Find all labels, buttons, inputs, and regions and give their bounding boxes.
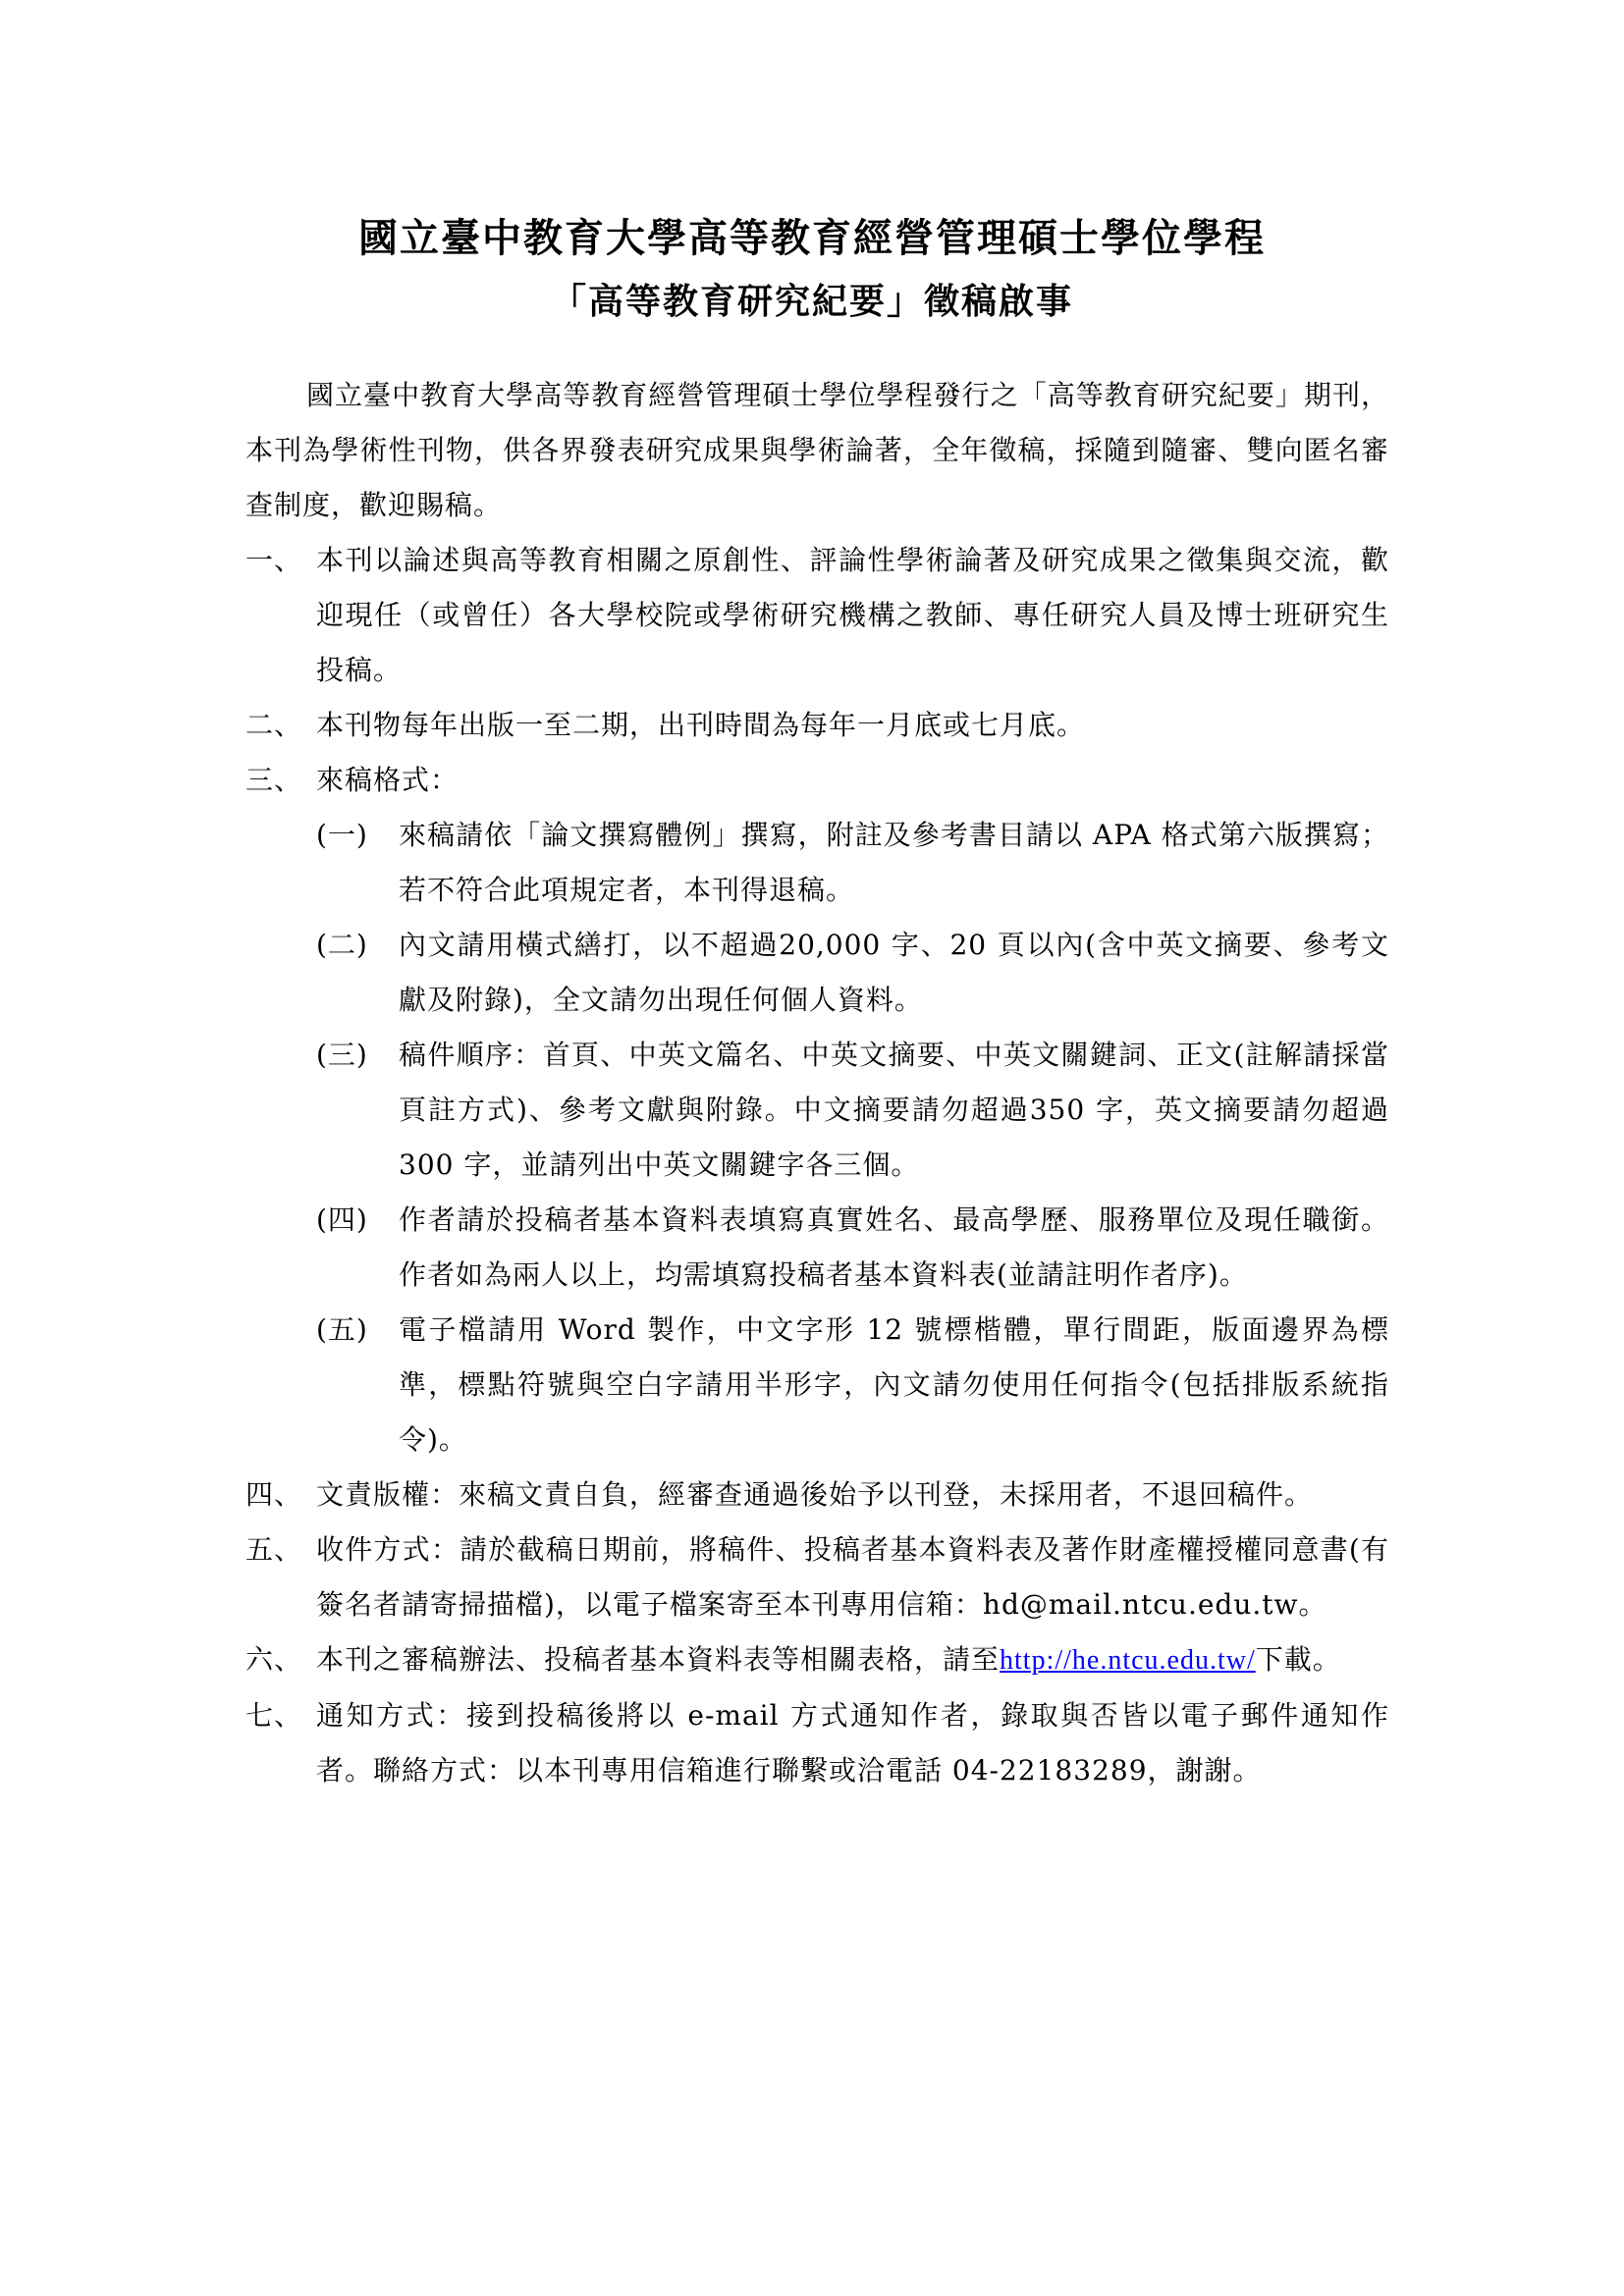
sub-item-number: (三) <box>316 1028 399 1193</box>
sub-item-1: (一) 來稿請依「論文撰寫體例」撰寫，附註及參考書目請以 APA 格式第六版撰寫… <box>316 808 1389 918</box>
intro-paragraph: 國立臺中教育大學高等教育經營管理碩士學位學程發行之「高等教育研究紀要」期刊，本刊… <box>245 368 1389 533</box>
sub-item-number: (五) <box>316 1303 399 1468</box>
item-text: 文責版權：來稿文責自負，經審查通過後始予以刊登，未採用者，不退回稿件。 <box>316 1468 1389 1522</box>
sub-item-number: (一) <box>316 808 399 918</box>
sub-item-text: 電子檔請用 Word 製作，中文字形 12 號標楷體，單行間距，版面邊界為標準，… <box>399 1303 1389 1468</box>
item-text: 通知方式：接到投稿後將以 e-mail 方式通知作者，錄取與否皆以電子郵件通知作… <box>316 1688 1389 1798</box>
sub-item-4: (四) 作者請於投稿者基本資料表填寫真實姓名、最高學歷、服務單位及現任職銜。作者… <box>316 1193 1389 1303</box>
format-sub-list: (一) 來稿請依「論文撰寫體例」撰寫，附註及參考書目請以 APA 格式第六版撰寫… <box>316 808 1389 1468</box>
list-item-6: 六、 本刊之審稿辦法、投稿者基本資料表等相關表格，請至http://he.ntc… <box>245 1632 1389 1688</box>
sub-item-3: (三) 稿件順序：首頁、中英文篇名、中英文摘要、中英文關鍵詞、正文(註解請採當頁… <box>316 1028 1389 1193</box>
item-text: 本刊之審稿辦法、投稿者基本資料表等相關表格，請至http://he.ntcu.e… <box>316 1632 1389 1688</box>
document-body: 國立臺中教育大學高等教育經營管理碩士學位學程發行之「高等教育研究紀要」期刊，本刊… <box>245 368 1389 1798</box>
item-number: 七、 <box>245 1688 316 1798</box>
sub-item-number: (四) <box>316 1193 399 1303</box>
item-text-after-link: 下載。 <box>1256 1643 1341 1676</box>
item-number: 三、 <box>245 753 316 808</box>
list-item-1: 一、 本刊以論述與高等教育相關之原創性、評論性學術論著及研究成果之徵集與交流，歡… <box>245 533 1389 698</box>
document-subtitle: 「高等教育研究紀要」徵稿啟事 <box>0 280 1624 325</box>
sub-item-text: 內文請用橫式繕打，以不超過20,000 字、20 頁以內(含中英文摘要、參考文獻… <box>399 918 1389 1028</box>
sub-item-text: 來稿請依「論文撰寫體例」撰寫，附註及參考書目請以 APA 格式第六版撰寫；若不符… <box>399 808 1389 918</box>
sub-item-2: (二) 內文請用橫式繕打，以不超過20,000 字、20 頁以內(含中英文摘要、… <box>316 918 1389 1028</box>
item-text: 收件方式：請於截稿日期前，將稿件、投稿者基本資料表及著作財產權授權同意書(有簽名… <box>316 1522 1389 1632</box>
item-text: 本刊物每年出版一至二期，出刊時間為每年一月底或七月底。 <box>316 698 1389 753</box>
item-number: 四、 <box>245 1468 316 1522</box>
website-link[interactable]: http://he.ntcu.edu.tw/ <box>1000 1645 1256 1676</box>
item-text: 來稿格式： <box>316 753 1389 808</box>
list-item-7: 七、 通知方式：接到投稿後將以 e-mail 方式通知作者，錄取與否皆以電子郵件… <box>245 1688 1389 1798</box>
document-title: 國立臺中教育大學高等教育經營管理碩士學位學程 <box>0 214 1624 263</box>
item-number: 二、 <box>245 698 316 753</box>
item-text: 本刊以論述與高等教育相關之原創性、評論性學術論著及研究成果之徵集與交流，歡迎現任… <box>316 533 1389 698</box>
list-item-4: 四、 文責版權：來稿文責自負，經審查通過後始予以刊登，未採用者，不退回稿件。 <box>245 1468 1389 1522</box>
sub-item-text: 作者請於投稿者基本資料表填寫真實姓名、最高學歷、服務單位及現任職銜。作者如為兩人… <box>399 1193 1389 1303</box>
item-number: 五、 <box>245 1522 316 1632</box>
list-item-3: 三、 來稿格式： <box>245 753 1389 808</box>
sub-item-text: 稿件順序：首頁、中英文篇名、中英文摘要、中英文關鍵詞、正文(註解請採當頁註方式)… <box>399 1028 1389 1193</box>
item-number: 一、 <box>245 533 316 698</box>
list-item-5: 五、 收件方式：請於截稿日期前，將稿件、投稿者基本資料表及著作財產權授權同意書(… <box>245 1522 1389 1632</box>
sub-item-5: (五) 電子檔請用 Word 製作，中文字形 12 號標楷體，單行間距，版面邊界… <box>316 1303 1389 1468</box>
document-page: 國立臺中教育大學高等教育經營管理碩士學位學程 「高等教育研究紀要」徵稿啟事 國立… <box>0 0 1624 2296</box>
item-text-before-link: 本刊之審稿辦法、投稿者基本資料表等相關表格，請至 <box>316 1643 1000 1676</box>
list-item-2: 二、 本刊物每年出版一至二期，出刊時間為每年一月底或七月底。 <box>245 698 1389 753</box>
sub-item-number: (二) <box>316 918 399 1028</box>
item-number: 六、 <box>245 1632 316 1688</box>
